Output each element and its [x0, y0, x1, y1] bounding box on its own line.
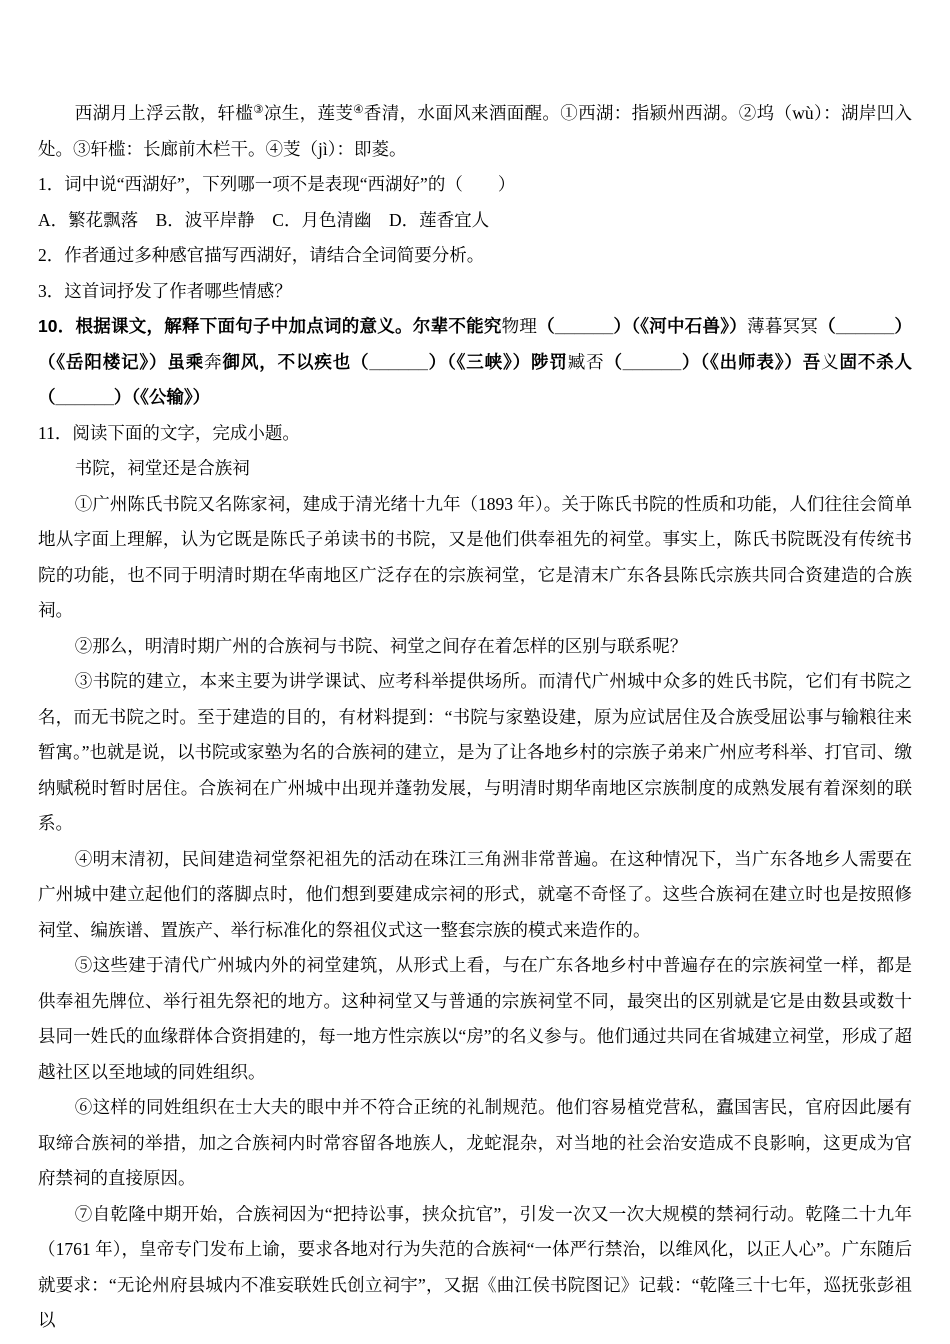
passage-paragraph-6: ⑥这样的同姓组织在士大夫的眼中并不符合正统的礼制规范。他们容易植党营私，蠹国害民…: [38, 1090, 912, 1197]
q10-dotted-word: 物理: [502, 316, 538, 336]
footnote-marker-4: ④: [353, 104, 364, 116]
question-3: 3．这首词抒发了作者哪些情感？: [38, 274, 912, 310]
exam-page: 西湖月上浮云散，轩槛③凉生，莲芰④香清，水面风来酒面醒。①西湖：指颍州西湖。②坞…: [0, 0, 950, 1344]
passage-title: 书院，祠堂还是合族祠: [38, 451, 912, 487]
question-11: 11．阅读下面的文字，完成小题。: [38, 416, 912, 452]
passage-paragraph-5: ⑤这些建于清代广州城内外的祠堂建筑，从形式上看，与在广东各地乡村中普遍存在的宗族…: [38, 948, 912, 1090]
passage-paragraph-2: ②那么，明清时期广州的合族祠与书院、祠堂之间存在着怎样的区别与联系呢？: [38, 629, 912, 665]
question-10: 10．根据课文，解释下面句子中加点词的意义。尔辈不能究物理（______）（《河…: [38, 309, 912, 416]
q10-bold-segment: 10．根据课文，解释下面句子中加点词的意义。尔辈不能究: [38, 316, 502, 336]
q10-dotted-word: 臧否: [568, 352, 605, 372]
q10-bold-segment: （______）（《出师表》）吾: [604, 352, 821, 372]
note-text-segment: 凉生，莲芰: [264, 103, 353, 123]
q10-bold-segment: 御风，不以疾也（______）（《三峡》）陟罚: [223, 352, 568, 372]
passage-paragraph-3: ③书院的建立，本来主要为讲学课试、应考科举提供场所。而清代广州城中众多的姓氏书院…: [38, 664, 912, 842]
passage-paragraph-7: ⑦自乾隆中期开始，合族祠因为“把持讼事，挟众抗官”，引发一次又一次大规模的禁祠行…: [38, 1197, 912, 1339]
passage-paragraph-1: ①广州陈氏书院又名陈家祠，建成于清光绪十九年（1893 年）。关于陈氏书院的性质…: [38, 487, 912, 629]
q10-dotted-word: 奔: [204, 352, 222, 372]
q10-bold-segment: （______）（《河中石兽》）: [537, 316, 747, 336]
q10-dotted-word: 义: [821, 352, 839, 372]
passage-paragraph-4: ④明末清初，民间建造祠堂祭祀祖先的活动在珠江三角洲非常普遍。在这种情况下，当广东…: [38, 842, 912, 949]
note-text-segment: 西湖月上浮云散，轩槛: [75, 103, 254, 123]
footnote-marker-3: ③: [253, 104, 264, 116]
question-1: 1．词中说“西湖好”，下列哪一项不是表现“西湖好”的（ ）: [38, 167, 912, 203]
q10-dotted-word: 薄暮冥冥: [747, 316, 818, 336]
poem-note-paragraph: 西湖月上浮云散，轩槛③凉生，莲芰④香清，水面风来酒面醒。①西湖：指颍州西湖。②坞…: [38, 96, 912, 167]
question-2: 2．作者通过多种感官描写西湖好，请结合全词简要分析。: [38, 238, 912, 274]
question-1-options: A．繁花飘落 B．波平岸静 C．月色清幽 D．莲香宜人: [38, 203, 912, 239]
